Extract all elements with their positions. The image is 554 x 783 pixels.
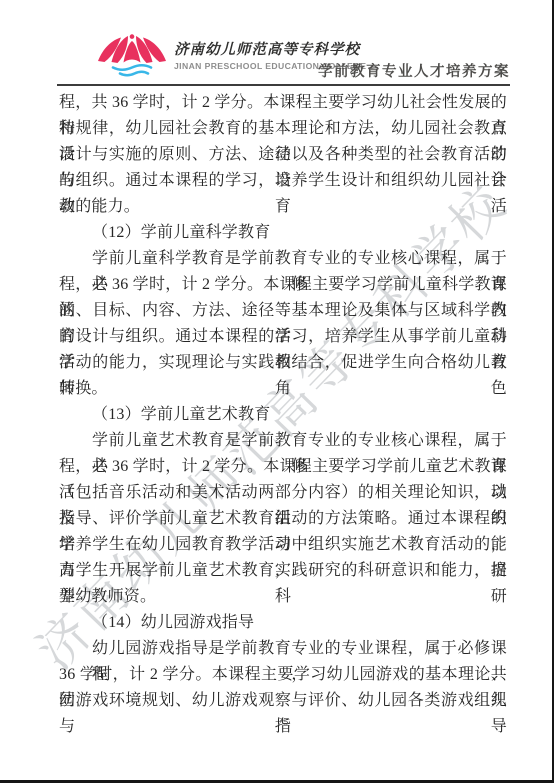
- text-line: 程，共 36 学时，计 2 学分。本课程主要学习学前儿童科学教育的内: [59, 272, 507, 298]
- header-rule: [57, 84, 510, 86]
- document-page: 济南幼儿师范高等专科学校 济南幼儿师范高等专科学校 JINA: [0, 0, 554, 783]
- text-line: 36 学时，计 2 学分。本课程主要学习幼儿园游戏的基本理论、幼儿: [59, 662, 507, 688]
- text-line: 程，共 36 学时，计 2 学分。本课程主要学习幼儿社会性发展的特点: [59, 90, 507, 116]
- text-line: （14）幼儿园游戏指导: [59, 610, 507, 636]
- page-header: 济南幼儿师范高等专科学校 JINAN PRESCHOOL EDUCATION C…: [57, 0, 510, 85]
- text-line: 学前儿童艺术教育是学前教育专业的专业核心课程，属于必修课: [59, 428, 507, 454]
- body-text: 程，共 36 学时，计 2 学分。本课程主要学习幼儿社会性发展的特点和规律，幼儿…: [59, 90, 507, 714]
- text-line: 园游戏环境规划、幼儿游戏观察与评价、幼儿园各类游戏组织与指导: [59, 688, 507, 714]
- text-line: 高学生开展学前儿童艺术教育实践研究的科研意识和能力，培养科研: [59, 558, 507, 584]
- text-line: 与组织。通过本课程的学习，培养学生设计和组织幼儿园社会教育活: [59, 168, 507, 194]
- text-line: 设计与实施的原则、方法、途径以及各种类型的社会教育活动的设计: [59, 142, 507, 168]
- text-line: 的设计与组织。通过本课程的学习，培养学生从事学前儿童科学教育: [59, 324, 507, 350]
- text-line: 指导、评价学前儿童艺术教育活动的方法策略。通过本课程的学习，: [59, 506, 507, 532]
- doc-title: 学前教育专业人才培养方案: [318, 60, 510, 81]
- school-logo-icon: [97, 34, 167, 78]
- page-number: 25: [59, 716, 507, 728]
- text-line: 涵、目标、内容、方法、途径等基本理论及集体与区域科学教育活动: [59, 298, 507, 324]
- text-line: 和规律，幼儿园社会教育的基本理论和方法，幼儿园社会教育活动的: [59, 116, 507, 142]
- text-line: 程，共 36 学时，计 2 学分。本课程主要学习学前儿童艺术教育活动: [59, 454, 507, 480]
- text-line: （13）学前儿童艺术教育: [59, 402, 507, 428]
- text-line: （包括音乐活动和美术活动两部分内容）的相关理论知识，以及组织: [59, 480, 507, 506]
- school-name-zh: 济南幼儿师范高等专科学校: [174, 38, 366, 59]
- text-line: 活动的能力，实现理论与实践相结合，促进学生向合格幼儿教师角色: [59, 350, 507, 376]
- text-line: 幼儿园游戏指导是学前教育专业的专业课程，属于必修课程，共: [59, 636, 507, 662]
- text-line: （12）学前儿童科学教育: [59, 220, 507, 246]
- text-line: 培养学生在幼儿园教育教学活动中组织实施艺术教育活动的能力，提: [59, 532, 507, 558]
- text-line: 学前儿童科学教育是学前教育专业的专业核心课程，属于必修课: [59, 246, 507, 272]
